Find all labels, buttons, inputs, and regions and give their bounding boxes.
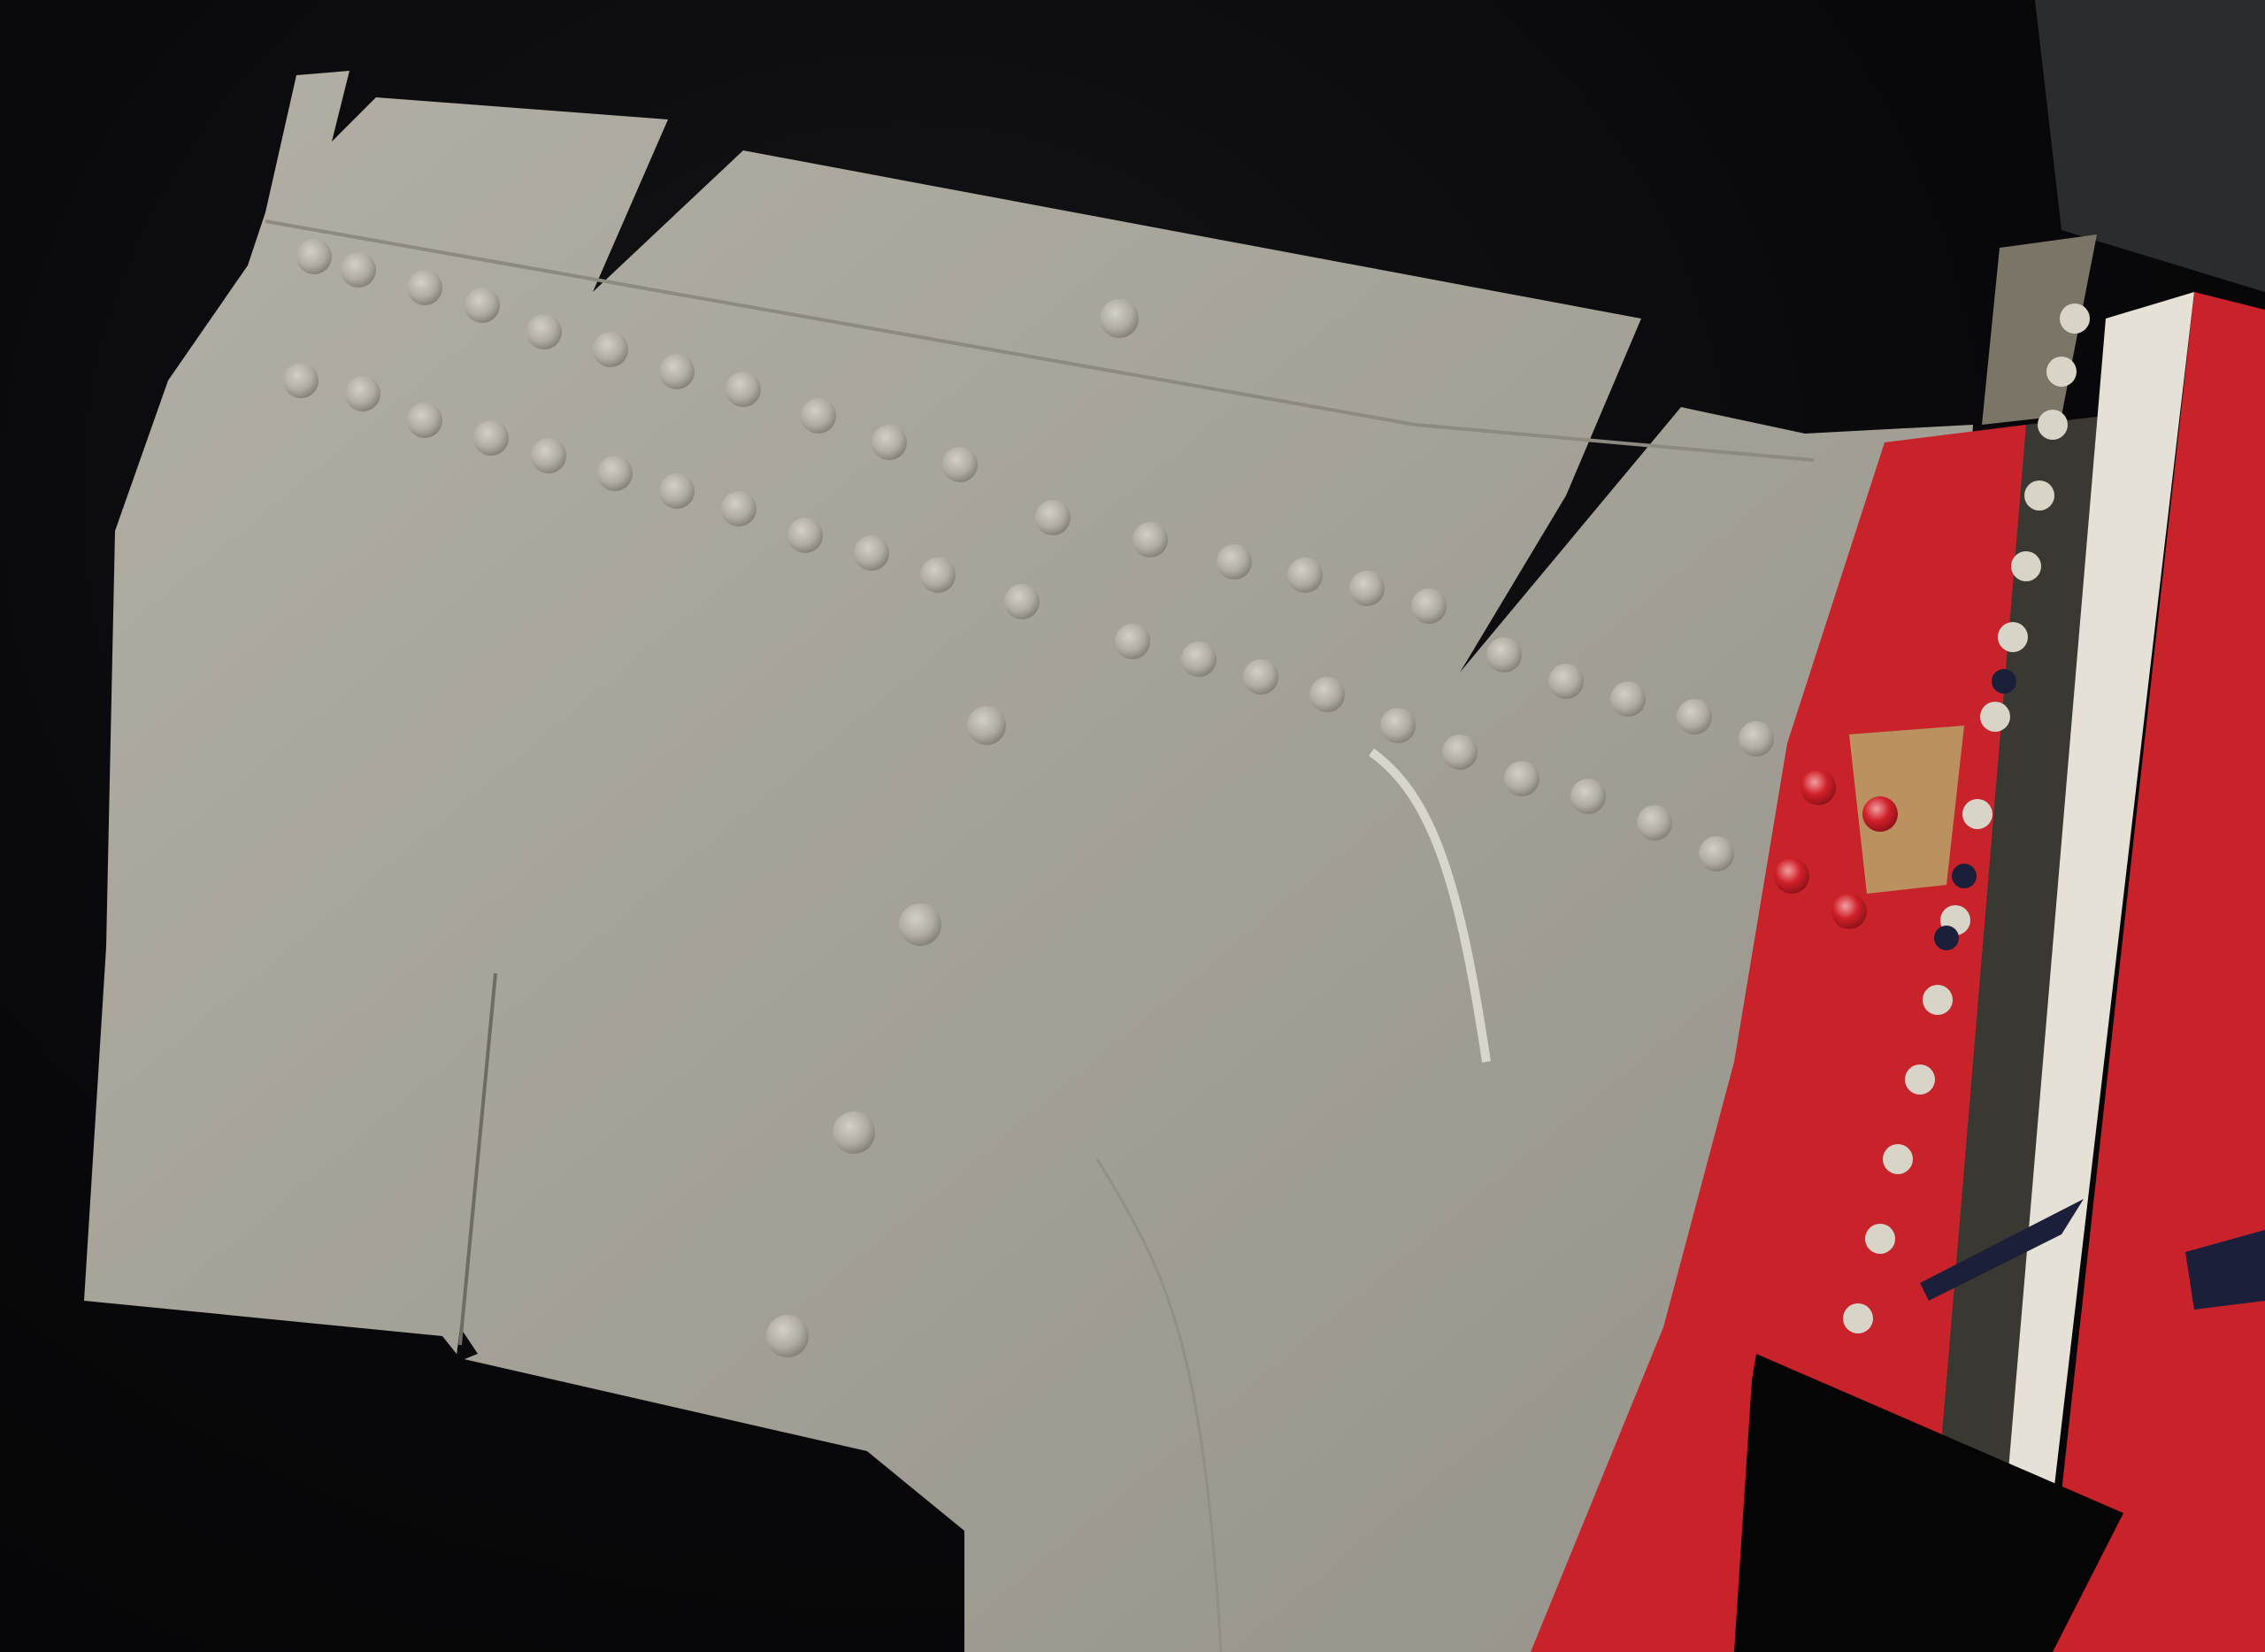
photo-scene: Photograph of a torn riveted aluminum ai… bbox=[0, 0, 2265, 1652]
wreckage-illustration bbox=[0, 0, 2265, 1652]
